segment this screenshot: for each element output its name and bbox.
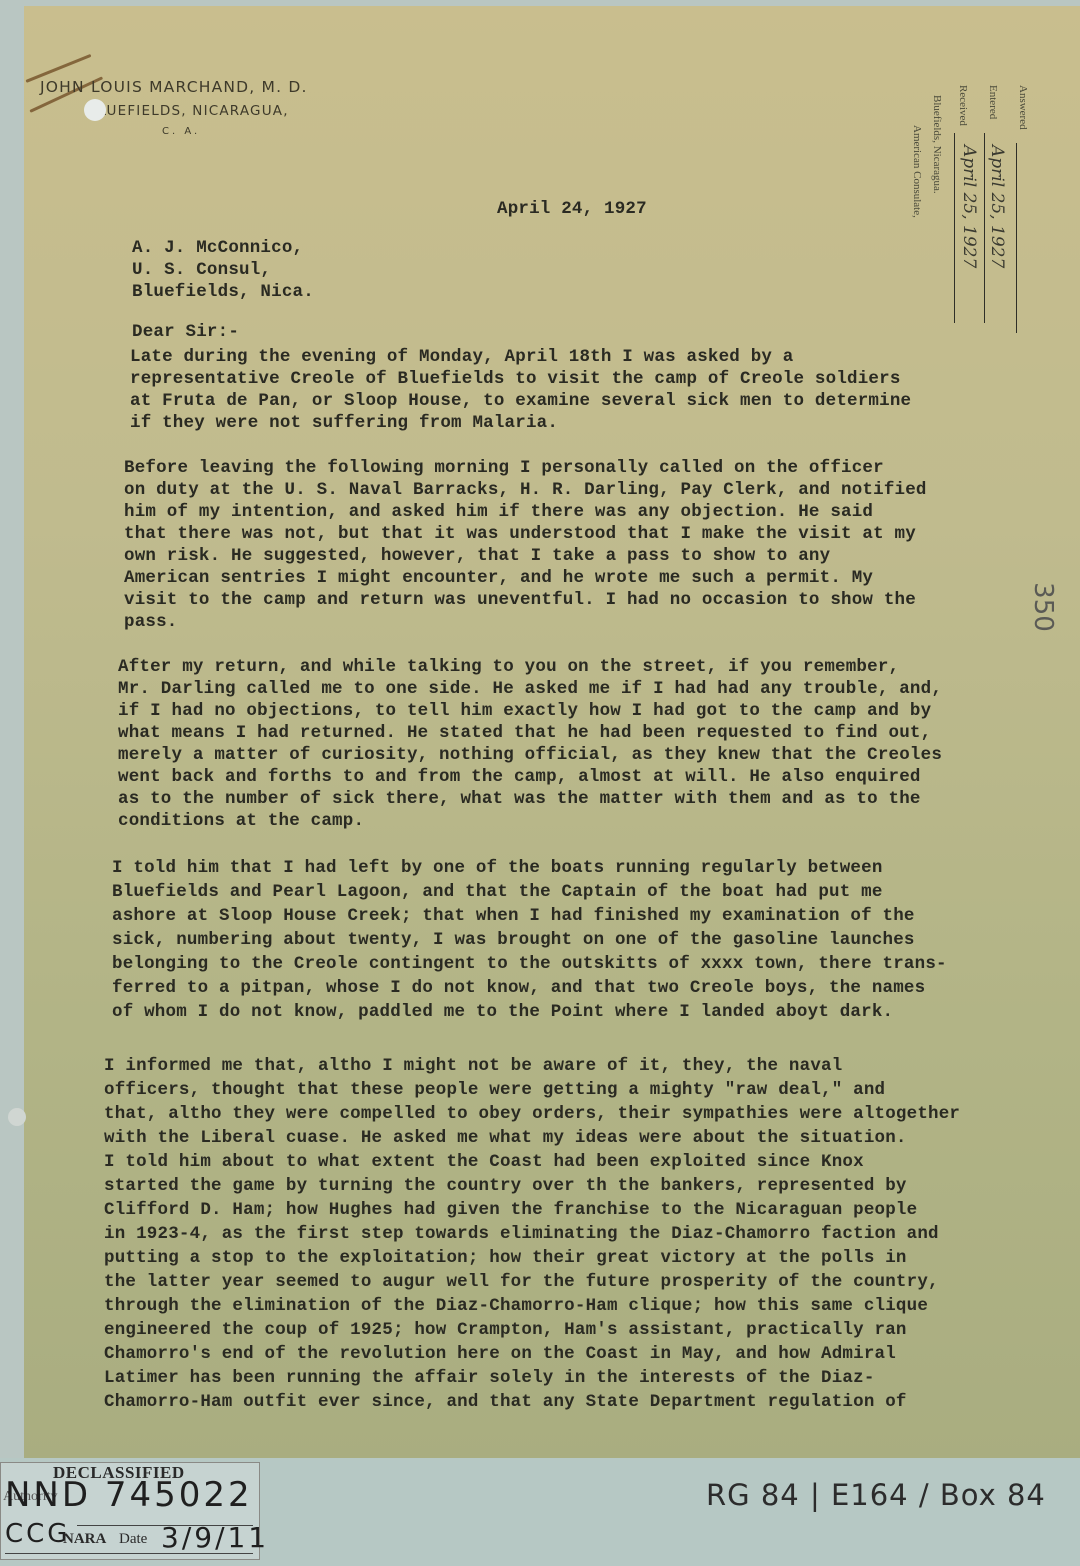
text-line: that, altho they were compelled to obey … <box>104 1104 960 1124</box>
recipient-line: Bluefields, Nica. <box>132 282 314 302</box>
text-line: of whom I do not know, paddled me to the… <box>112 1002 893 1022</box>
text-line: that there was not, but that it was unde… <box>124 524 916 544</box>
stamp-received-label: Received <box>957 85 969 126</box>
text-line: pass. <box>124 612 178 632</box>
declassified-by: CCG <box>5 1519 70 1549</box>
text-line: After my return, and while talking to yo… <box>118 657 899 677</box>
text-line: ferred to a pitpan, whose I do not know,… <box>112 978 925 998</box>
text-line: the latter year seemed to augur well for… <box>104 1272 939 1292</box>
text-line: at Fruta de Pan, or Sloop House, to exam… <box>130 391 911 411</box>
text-line: on duty at the U. S. Naval Barracks, H. … <box>124 480 927 500</box>
text-line: through the elimination of the Diaz-Cham… <box>104 1296 928 1316</box>
recipient-line: A. J. McConnico, <box>132 238 303 258</box>
letter-date: April 24, 1927 <box>497 199 647 219</box>
salutation: Dear Sir:- <box>132 322 239 342</box>
letterhead-country: C. A. <box>162 126 200 137</box>
nara-label: NARA <box>63 1531 106 1548</box>
text-line: Chamorro-Ham outfit ever since, and that… <box>104 1392 907 1412</box>
text-line: Clifford D. Ham; how Hughes had given th… <box>104 1200 917 1220</box>
text-line: American sentries I might encounter, and… <box>124 568 873 588</box>
text-line: own risk. He suggested, however, that I … <box>124 546 830 566</box>
stamp-office: American Consulate, <box>911 125 923 218</box>
stamp-received-value: April 25, 1927 <box>959 145 979 268</box>
text-line: what means I had returned. He stated tha… <box>118 723 931 743</box>
stamp-rule <box>954 133 955 323</box>
stamp-location: Bluefields, Nicaragua. <box>931 95 943 194</box>
text-line: I told him that I had left by one of the… <box>112 858 883 878</box>
text-line: sick, numbering about twenty, I was brou… <box>112 930 915 950</box>
punch-hole <box>84 99 106 121</box>
text-line: started the game by turning the country … <box>104 1176 907 1196</box>
punch-hole <box>8 1108 26 1126</box>
text-line: Late during the evening of Monday, April… <box>130 347 794 367</box>
received-stamp: American Consulate, Bluefields, Nicaragu… <box>895 85 1035 335</box>
text-line: ashore at Sloop House Creek; that when I… <box>112 906 915 926</box>
stamp-entered-value: April 25, 1927 <box>987 145 1007 268</box>
text-line: visit to the camp and return was unevent… <box>124 590 916 610</box>
text-line: conditions at the camp. <box>118 811 364 831</box>
text-line: Bluefields and Pearl Lagoon, and that th… <box>112 882 883 902</box>
text-line: representative Creole of Bluefields to v… <box>130 369 901 389</box>
text-line: officers, thought that these people were… <box>104 1080 885 1100</box>
text-line: I told him about to what extent the Coas… <box>104 1152 864 1172</box>
declassified-date: 3/9/11 <box>161 1521 269 1554</box>
text-line: with the Liberal cuase. He asked me what… <box>104 1128 907 1148</box>
stamp-rule <box>984 133 985 323</box>
letterhead-city: BLUEFIELDS, NICARAGUA, <box>88 103 289 119</box>
authority-value: NND 745022 <box>5 1475 253 1515</box>
stamp-answered-label: Answered <box>1017 85 1029 130</box>
text-line: belonging to the Creole contingent to th… <box>112 954 947 974</box>
declassified-stamp: DECLASSIFIED Authority NND 745022 CCG NA… <box>0 1462 260 1560</box>
letterhead-name: JOHN LOUIS MARCHAND, M. D. <box>40 78 308 96</box>
text-line: Chamorro's end of the revolution here on… <box>104 1344 896 1364</box>
text-line: if they were not suffering from Malaria. <box>130 413 558 433</box>
text-line: if I had no objections, to tell him exac… <box>118 701 931 721</box>
date-label: Date <box>119 1531 147 1548</box>
text-line: in 1923-4, as the first step towards eli… <box>104 1224 939 1244</box>
text-line: Before leaving the following morning I p… <box>124 458 884 478</box>
text-line: Latimer has been running the affair sole… <box>104 1368 875 1388</box>
archive-box-label: RG 84 | E164 / Box 84 <box>706 1478 1046 1512</box>
margin-page-number: 350 <box>1028 582 1058 632</box>
text-line: went back and forths to and from the cam… <box>118 767 921 787</box>
text-line: him of my intention, and asked him if th… <box>124 502 873 522</box>
text-line: as to the number of sick there, what was… <box>118 789 921 809</box>
text-line: merely a matter of curiosity, nothing of… <box>118 745 942 765</box>
stamp-rule <box>1016 143 1017 333</box>
stamp-rule <box>5 1553 253 1554</box>
text-line: Mr. Darling called me to one side. He as… <box>118 679 942 699</box>
text-line: putting a stop to the exploitation; how … <box>104 1248 907 1268</box>
stamp-entered-label: Entered <box>987 85 999 119</box>
text-line: I informed me that, altho I might not be… <box>104 1056 842 1076</box>
text-line: engineered the coup of 1925; how Crampto… <box>104 1320 907 1340</box>
recipient-line: U. S. Consul, <box>132 260 271 280</box>
